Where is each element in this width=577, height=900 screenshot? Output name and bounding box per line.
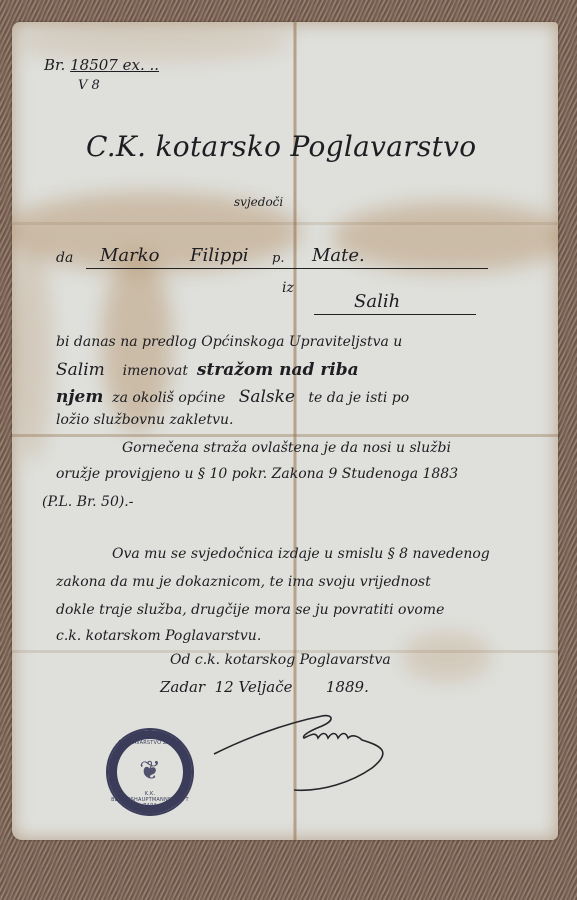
- place-field: Salih: [314, 292, 476, 315]
- issuer: Od c.k. kotarskog Poglavarstva: [170, 652, 391, 668]
- reference-value: 1850: [70, 56, 108, 74]
- para3-line-1: Ova mu se svjedočnica izdaje u smislu § …: [112, 546, 490, 562]
- body-line-3: njem za okoliš općine Salske te da je is…: [56, 387, 409, 407]
- place-name: Salih: [354, 291, 400, 312]
- signature-icon: [212, 712, 402, 802]
- person-last-name: Filippi: [190, 245, 249, 266]
- horizontal-fold: [12, 434, 558, 437]
- body-municipality: Salske: [239, 387, 295, 407]
- body-line-4: ložio službovnu zakletvu.: [56, 412, 233, 428]
- para2-line-1: Gornečena straža ovlaštena je da nosi u …: [122, 440, 451, 456]
- para2-line-2: oružje provigjeno u § 10 pokr. Zakona 9 …: [56, 466, 458, 482]
- body-text: te da je isti po: [308, 390, 409, 406]
- certifies-label: svjedoči: [234, 195, 283, 209]
- body-bold-role-cont: njem: [56, 387, 103, 407]
- para3-line-2: zakona da mu je dokaznicom, te ima svoju…: [56, 574, 431, 590]
- body-line-1: bi danas na predlog Općinskoga Upravitel…: [56, 334, 402, 350]
- date-year: 1889.: [326, 678, 369, 696]
- reference-prefix: Br.: [44, 56, 65, 74]
- seal-inner-text: K.K. BEZIRKSHAUPTMANNSCHAFT ZARA: [108, 791, 192, 809]
- body-bold-role: stražom nad riba: [197, 360, 359, 380]
- para3-line-3: dokle traje služba, drugčije mora se ju …: [56, 602, 444, 618]
- official-seal: C.K. KOTARSKO POGLAVARSTVO ZADAR ❦ K.K. …: [106, 728, 194, 816]
- stain: [402, 632, 492, 682]
- da-label: da: [56, 250, 73, 266]
- person-first-name: Marko: [100, 245, 160, 266]
- stain: [12, 242, 52, 462]
- horizontal-fold: [12, 222, 558, 225]
- date-line: Zadar 12 Veljače 1889.: [160, 678, 369, 696]
- person-p: p.: [272, 251, 284, 266]
- body-text: za okoliš općine: [112, 390, 225, 406]
- para2-line-3: (P.L. Br. 50).-: [42, 494, 134, 510]
- double-headed-eagle-icon: ❦: [135, 754, 165, 788]
- certificate-paper: Br. 18507 ex. .. V 8 C.K. kotarsko Pogla…: [12, 22, 558, 840]
- name-field: Marko Filippi p. Mate.: [86, 244, 488, 269]
- iz-label: iz: [282, 280, 294, 296]
- reference-sub: V 8: [78, 78, 100, 93]
- body-place: Salim: [56, 360, 105, 380]
- seal-outer-text: C.K. KOTARSKO POGLAVARSTVO ZADAR: [108, 734, 192, 746]
- para3-line-4: c.k. kotarskom Poglavarstvu.: [56, 628, 261, 644]
- date-place: Zadar: [160, 678, 205, 696]
- person-father: Mate.: [312, 245, 365, 266]
- body-line-2: Salim imenovat stražom nad riba: [56, 360, 359, 380]
- date-day-month: 12 Veljače: [215, 678, 293, 696]
- document-heading: C.K. kotarsko Poglavarstvo: [86, 130, 476, 163]
- body-text: imenovat: [123, 363, 188, 379]
- reference-number: Br. 18507 ex. ..: [44, 56, 159, 74]
- reference-suffix: 7 ex. ..: [108, 56, 159, 74]
